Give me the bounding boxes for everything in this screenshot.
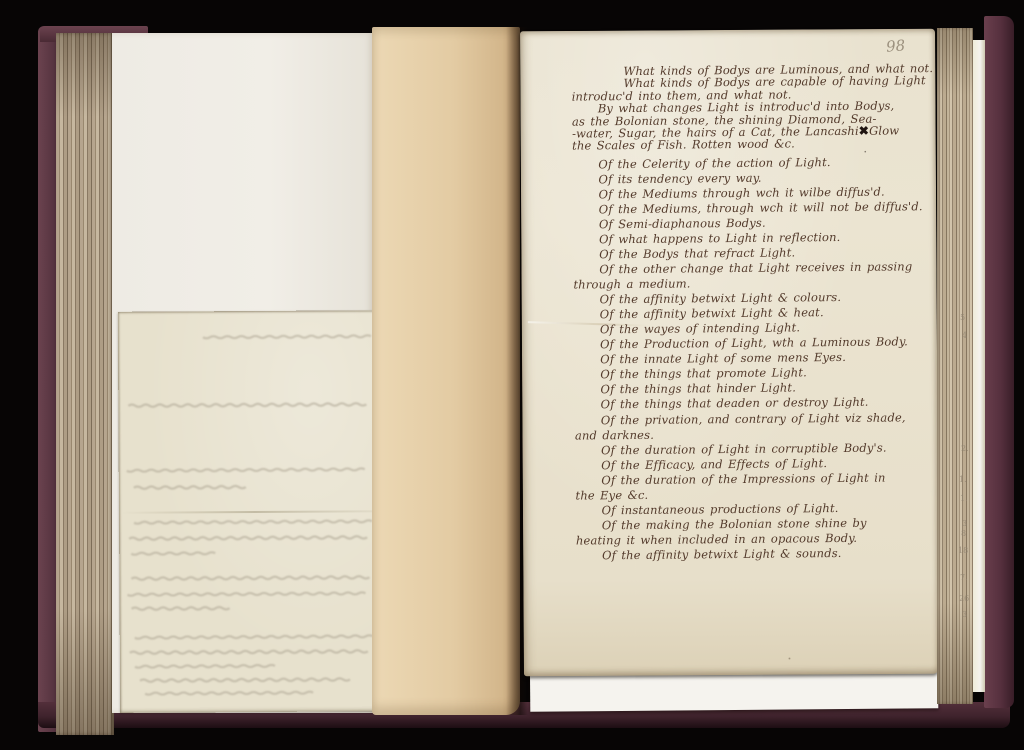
show-through-line: [127, 468, 365, 471]
fore-edge-pencil-mark: 26: [959, 594, 969, 603]
page-edges-left-block: [56, 33, 114, 735]
show-through-line: [134, 520, 372, 523]
fore-edge-pencil-mark: 3: [962, 519, 967, 528]
book-cover-right-edge: [984, 16, 1014, 708]
fore-edge-pencil-mark: 2.: [961, 444, 969, 453]
show-through-line: [132, 607, 230, 610]
fore-edge-pencil-mark: 3: [962, 610, 967, 619]
manuscript-line: the Scales of Fish. Rotten wood &c.: [568, 137, 924, 153]
show-through-line: [131, 552, 215, 555]
fore-edge-pencil-marks: 542.1.1.38187.263: [950, 0, 980, 750]
fore-edge-pencil-mark: 1.: [959, 475, 967, 484]
manuscript-text-block: What kinds of Bodys are Luminous, and wh…: [567, 62, 928, 563]
manuscript-page: 98 What kinds of Bodys are Luminous, and…: [520, 29, 939, 677]
show-through-line: [129, 536, 367, 540]
show-through-line: [131, 576, 369, 580]
tan-interleaf-page: [372, 27, 520, 715]
manuscript-line: Of the affinity betwixt Light & sounds.: [572, 545, 928, 563]
show-through-line: [203, 335, 371, 338]
fore-edge-pencil-mark: 1.: [960, 494, 968, 503]
show-through-line: [134, 486, 246, 489]
show-through-line: [128, 403, 366, 407]
fore-edge-pencil-mark: 4: [962, 331, 967, 340]
photograph-background: 98 What kinds of Bodys are Luminous, and…: [0, 0, 1024, 750]
page-number: 98: [885, 36, 905, 55]
ink-blot: ✖: [859, 124, 869, 138]
show-through-line: [135, 635, 373, 638]
inserted-paper-leaf: [118, 310, 394, 713]
show-through-line: [145, 692, 313, 695]
fore-edge-pencil-mark: 5: [960, 313, 965, 322]
show-through-line: [140, 678, 350, 682]
fore-edge-pencil-mark: 8: [961, 529, 966, 538]
show-through-line: [130, 650, 368, 654]
show-through-line: [135, 665, 275, 668]
fore-edge-pencil-mark: 7.: [960, 573, 968, 582]
fore-edge-pencil-mark: 18: [958, 546, 968, 555]
show-through-line: [128, 592, 366, 595]
